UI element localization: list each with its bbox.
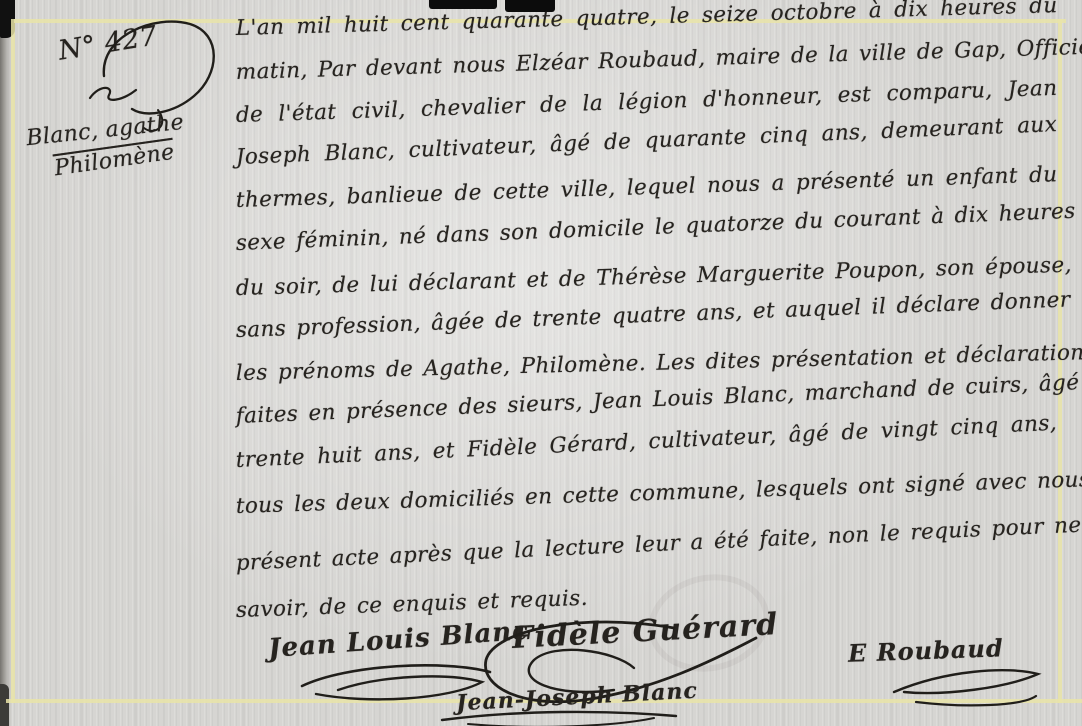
margin-paraph-squiggle <box>86 82 142 108</box>
signature-mayor-flourish <box>886 662 1046 710</box>
page-frame-left <box>11 19 15 703</box>
signature-declarant-flourish <box>440 708 680 726</box>
scan-ink-blob-bottom-left <box>0 684 9 726</box>
scan-binding-mark-1 <box>429 0 497 9</box>
document-scan-page: N° 427 r Blanc, agathe Philomène L'an mi… <box>0 0 1082 726</box>
